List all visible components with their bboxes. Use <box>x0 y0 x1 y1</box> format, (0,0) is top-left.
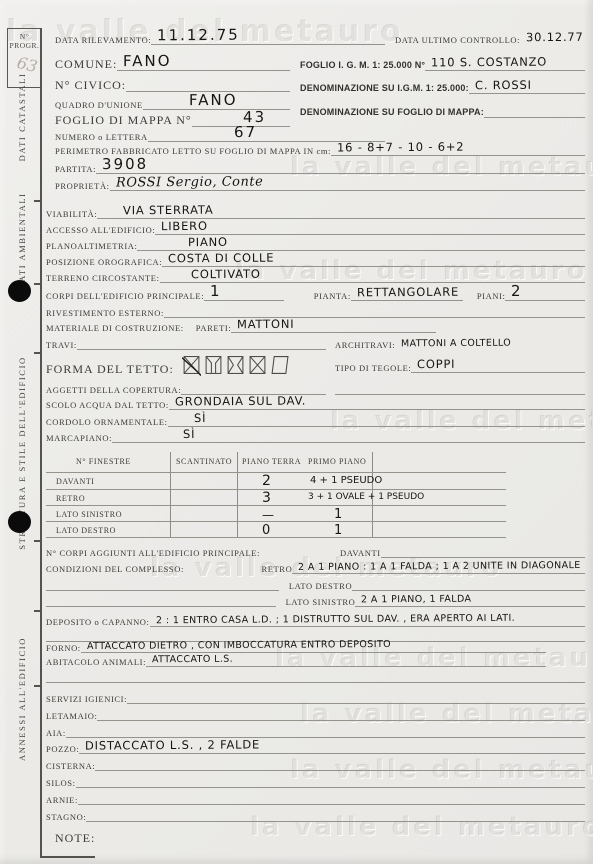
progr-label: N°PROGR. <box>8 32 41 51</box>
field-label: RIVESTIMENTO ESTERNO: <box>46 309 164 319</box>
field-abitacolo: ABITACOLO ANIMALI: ATTACCATO L.S. <box>46 652 546 667</box>
field-label: COMUNE: <box>55 58 117 71</box>
table-rule <box>46 505 506 506</box>
field-label-pareti: PARETI: <box>196 324 232 334</box>
section-tick <box>34 283 41 285</box>
field-label: AGGETTI DELLA COPERTURA: <box>46 386 181 396</box>
field-label: SILOS: <box>46 779 76 789</box>
field-silos: SILOS: <box>46 773 585 788</box>
field-label-corpi: CORPI DELL'EDIFICIO PRINCIPALE: <box>46 292 204 302</box>
field-forma-tetto: FORMA DEL TETTO: <box>46 352 326 376</box>
section-label-annessi: ANNESSI ALL'EDIFICIO <box>17 624 27 774</box>
row-lato-destro: LATO DESTRO <box>46 576 585 591</box>
field-label: DENOMINAZIONE SU I.G.M. 1: 25.000: <box>300 84 469 94</box>
field-foglio-igm: FOGLIO I. G. M. 1: 25.000 N° 110 S. COST… <box>300 54 585 71</box>
field-label: ABITACOLO ANIMALI: <box>46 658 146 668</box>
table-divider <box>170 452 171 538</box>
field-value: COLTIVATO <box>191 269 261 281</box>
table-row-label: LATO SINISTRO <box>56 510 122 519</box>
field-value: FANO <box>189 93 238 108</box>
field-label: MARCAPIANO: <box>46 434 112 444</box>
field-planoaltimetria: PLANOALTIMETRIA: PIANO <box>46 236 585 251</box>
punch-hole <box>8 511 31 533</box>
row-lato-sinistro: LATO SINISTRO 2 A 1 PIANO, 1 FALDA <box>46 592 585 607</box>
field-deposito: DEPOSITO o CAPANNO: 2 : 1 ENTRO CASA L.D… <box>46 612 585 627</box>
field-label-materiale: MATERIALE DI COSTRUZIONE: <box>46 324 184 334</box>
field-label: CISTERNA: <box>46 762 95 772</box>
table-rule <box>46 489 506 490</box>
roof-gable-icon <box>204 354 223 376</box>
section-tick <box>34 200 41 202</box>
field-perimetro: PERIMETRO FABBRICATO LETTO SU FOGLIO DI … <box>55 141 585 156</box>
field-label: FORMA DEL TETTO: <box>46 363 174 376</box>
field-value: COPPI <box>417 359 455 371</box>
field-label-pianta: PIANTA: <box>314 292 351 302</box>
roof-pavilion-icon <box>248 354 267 376</box>
field-label: DENOMINAZIONE SU FOGLIO DI MAPPA: <box>300 108 484 118</box>
field-value-corpi: 1 <box>210 284 222 299</box>
field-partita: PARTITA: 3908 <box>55 157 585 174</box>
field-label: PROPRIETÀ: <box>55 182 110 192</box>
field-viabilita: VIABILITÀ: VIA STERRATA <box>46 204 585 219</box>
table-header-piano-terra: PIANO TERRA <box>242 457 301 466</box>
field-value-pareti: MATTONI <box>237 319 294 331</box>
field-cisterna: CISTERNA: <box>46 756 585 771</box>
lato-destro-label: LATO DESTRO <box>289 582 352 592</box>
retro-value: 2 A 1 PIANO : 1 A 1 FALDA ; 1 A 2 UNITE … <box>298 561 581 572</box>
field-label: N° CORPI AGGIUNTI ALL'EDIFICIO PRINCIPAL… <box>46 549 260 559</box>
cell-terra-retro: 3 <box>262 490 271 506</box>
field-scolo-acqua: SCOLO ACQUA DAL TETTO: GRONDAIA SUL DAV. <box>46 395 585 410</box>
field-marcapiano: MARCAPIANO: SÌ <box>46 428 585 443</box>
cell-terra-lato-destro: 0 <box>262 523 270 538</box>
field-value: 16 - 8+7 - 10 - 6+2 <box>337 142 464 154</box>
field-label: SCOLO ACQUA DAL TETTO: <box>46 401 169 411</box>
field-label: ARNIE: <box>46 796 78 806</box>
field-label: TERRENO CIRCOSTANTE: <box>46 274 160 284</box>
field-value: 2 : 1 ENTRO CASA L.D. ; 1 DISTRUTTO SUL … <box>155 614 514 626</box>
row-condizioni-retro: CONDIZIONI DEL COMPLESSO: RETRO 2 A 1 PI… <box>46 559 585 574</box>
field-label: LETAMAIO: <box>46 712 97 722</box>
field-arnie: ARNIE: <box>46 790 585 805</box>
punch-hole <box>8 280 31 302</box>
field-value: 3908 <box>102 157 148 172</box>
roof-shape-icons <box>174 354 289 376</box>
field-data-rilevamento: DATA RILEVAMENTO: 11.12.75 <box>55 30 385 45</box>
field-label: PERIMETRO FABBRICATO LETTO SU FOGLIO DI … <box>55 147 331 157</box>
field-value: 110 S. COSTANZO <box>431 57 547 69</box>
section-label-dati-catastali: DATI CATASTALI <box>17 57 27 177</box>
table-header-scantinato: SCANTINATO <box>176 457 232 466</box>
field-label: POZZO: <box>46 745 79 755</box>
field-label: STAGNO: <box>46 813 86 823</box>
field-label: DATA RILEVAMENTO: <box>55 36 151 46</box>
field-pozzo: POZZO: DISTACCATO L.S. , 2 FALDE <box>46 739 585 754</box>
field-data-ultimo-controllo: DATA ULTIMO CONTROLLO: 30.12.77 <box>395 30 585 45</box>
table-divider <box>237 452 238 538</box>
section-tick <box>34 685 41 687</box>
field-cordolo: CORDOLO ORNAMENTALE: SÌ <box>46 412 585 427</box>
cell-primo-davanti: 4 + 1 PSEUDO <box>310 475 382 486</box>
field-value-piani: 2 <box>511 284 523 299</box>
field-value: DISTACCATO L.S. , 2 FALDE <box>85 739 260 752</box>
field-accesso: ACCESSO ALL'EDIFICIO: LIBERO <box>46 220 585 235</box>
field-value: ATTACCATO L.S. <box>152 655 233 665</box>
field-value: 67 <box>234 125 257 140</box>
table-header-primo-piano: PRIMO PIANO <box>308 457 366 466</box>
field-value: SÌ <box>194 413 206 425</box>
field-value: LIBERO <box>161 221 208 233</box>
field-value: VIA STERRATA <box>123 205 214 217</box>
cadastral-survey-form: la valle del metauro la valle del metaur… <box>0 0 593 864</box>
table-row-label: LATO DESTRO <box>56 526 116 535</box>
field-label: N° CIVICO: <box>55 79 126 92</box>
row-corpi-pianta-piani: CORPI DELL'EDIFICIO PRINCIPALE: 1 PIANTA… <box>46 286 585 301</box>
cell-primo-retro: 3 + 1 OVALE + 1 PSEUDO <box>308 492 424 502</box>
field-denominazione-mappa: DENOMINAZIONE SU FOGLIO DI MAPPA: <box>300 102 585 118</box>
field-label: AIA: <box>46 729 66 739</box>
field-label-piani: PIANI: <box>477 292 506 302</box>
field-travi: TRAVI: <box>46 335 326 350</box>
section-tick <box>34 610 41 612</box>
field-tipo-tegole: TIPO DI TEGOLE: COPPI <box>335 358 585 373</box>
section-tick <box>34 540 41 542</box>
scan-artifact <box>40 856 95 858</box>
cell-primo-lato-destro: 1 <box>334 523 342 538</box>
field-value: FANO <box>123 54 172 69</box>
retro-label: RETRO <box>261 565 292 575</box>
field-value: COSTA DI COLLE <box>168 253 274 265</box>
field-value: PIANO <box>188 237 228 249</box>
table-rule <box>46 521 506 522</box>
field-letamaio: LETAMAIO: <box>46 706 585 721</box>
field-proprieta: PROPRIETÀ: ROSSI Sergio, Conte <box>55 174 585 191</box>
table-row-label: RETRO <box>56 494 85 503</box>
field-label: CONDIZIONI DEL COMPLESSO: <box>46 565 184 575</box>
lato-sinistro-label: LATO SINISTRO <box>286 598 356 608</box>
field-label: TRAVI: <box>46 341 77 351</box>
field-posizione-orografica: POSIZIONE OROGRAFICA: COSTA DI COLLE <box>46 252 585 267</box>
field-label: NOTE: <box>55 832 95 845</box>
field-label: PARTITA: <box>55 165 96 175</box>
field-value: 30.12.77 <box>526 32 584 44</box>
field-value: 11.12.75 <box>157 28 240 44</box>
field-label: DEPOSITO o CAPANNO: <box>46 618 150 628</box>
field-value-pianta: RETTANGOLARE <box>357 287 459 299</box>
windows-table: N° FINESTRE SCANTINATO PIANO TERRA PRIMO… <box>46 452 506 538</box>
field-label: VIABILITÀ: <box>46 210 97 220</box>
field-value: C. ROSSI <box>475 80 532 92</box>
cell-terra-davanti: 2 <box>262 473 271 489</box>
field-comune: COMUNE: FANO <box>55 52 290 71</box>
table-row-label: DAVANTI <box>56 477 95 486</box>
field-label: ARCHITRAVI: <box>335 341 395 351</box>
blank-line <box>46 668 585 683</box>
field-value: GRONDAIA SUL DAV. <box>175 396 306 408</box>
table-header-finestre: N° FINESTRE <box>76 457 131 466</box>
table-rule <box>46 537 506 538</box>
cell-primo-lato-sinistro: 1 <box>334 507 342 522</box>
field-label: POSIZIONE OROGRAFICA: <box>46 258 162 268</box>
roof-crossed-marked-icon <box>182 354 201 376</box>
field-materiale-pareti: MATERIALE DI COSTRUZIONE: PARETI: MATTON… <box>46 318 436 333</box>
field-label: QUADRO D'UNIONE <box>55 101 143 111</box>
field-servizi: SERVIZI IGIENICI: <box>46 689 585 704</box>
cell-terra-lato-sinistro: — <box>262 508 274 522</box>
field-terreno: TERRENO CIRCOSTANTE: COLTIVATO <box>46 268 585 283</box>
field-value: SÌ <box>183 429 195 441</box>
field-aia: AIA: <box>46 723 585 738</box>
roof-plain-icon <box>270 354 289 376</box>
field-architravi: ARCHITRAVI: MATTONI A COLTELLO <box>335 335 585 350</box>
field-label: TIPO DI TEGOLE: <box>335 364 411 374</box>
field-denominazione-igm: DENOMINAZIONE SU I.G.M. 1: 25.000: C. RO… <box>300 78 585 94</box>
roof-hip-icon <box>226 354 245 376</box>
section-tick <box>34 352 41 354</box>
field-value: ROSSI Sergio, Conte <box>116 175 263 189</box>
field-value: MATTONI A COLTELLO <box>401 339 511 349</box>
row-corpi-aggiunti: N° CORPI AGGIUNTI ALL'EDIFICIO PRINCIPAL… <box>46 543 585 558</box>
field-note: NOTE: <box>55 828 255 845</box>
field-numero-civico: N° CIVICO: <box>55 75 290 92</box>
field-label: DATA ULTIMO CONTROLLO: <box>395 36 520 46</box>
form-left-rule <box>40 28 42 858</box>
field-label: SERVIZI IGIENICI: <box>46 695 127 705</box>
field-label: FOGLIO I. G. M. 1: 25.000 N° <box>300 61 425 71</box>
field-label: PLANOALTIMETRIA: <box>46 242 137 252</box>
field-stagno: STAGNO: <box>46 807 585 822</box>
lato-sinistro-value: 2 A 1 PIANO, 1 FALDA <box>361 595 471 605</box>
table-rule <box>46 472 506 473</box>
